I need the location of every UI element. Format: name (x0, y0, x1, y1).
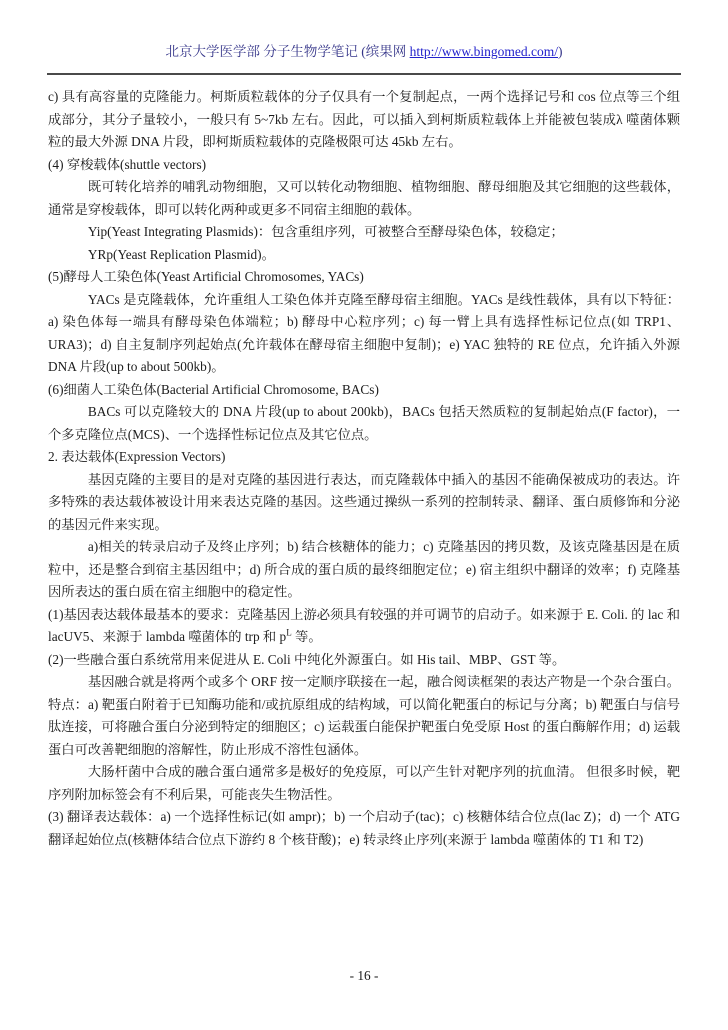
header-rule (47, 73, 681, 75)
paragraph-fusion-body: 基因融合就是将两个或多个 ORF 按一定顺序联接在一起，融合阅读框架的表达产物是… (48, 671, 680, 761)
section5-heading: (5)酵母人工染色体(Yeast Artificial Chromosomes,… (48, 266, 680, 289)
header-title-prefix: 北京大学医学部 分子生物学笔记 (缤果网 (166, 44, 410, 59)
section2-intro: 基因克隆的主要目的是对克隆的基因进行表达，而克隆载体中插入的基因不能确保被成功的… (48, 469, 680, 537)
paragraph-cosmid-capacity: c) 具有高容量的克隆能力。柯斯质粒载体的分子仅具有一个复制起点，一两个选择记号… (48, 86, 680, 154)
section4-body: 既可转化培养的哺乳动物细胞，又可以转化动物细胞、植物细胞、酵母细胞及其它细胞的这… (48, 176, 680, 221)
section5-body: YACs 是克隆载体，允许重组人工染色体并克隆至酵母宿主细胞。YACs 是线性载… (48, 289, 680, 379)
content-area: c) 具有高容量的克隆能力。柯斯质粒载体的分子仅具有一个复制起点，一两个选择记号… (48, 86, 680, 851)
section4-heading: (4) 穿梭载体(shuttle vectors) (48, 154, 680, 177)
header-link[interactable]: http://www.bingomed.com/ (410, 44, 558, 59)
section4-yip-line: Yip(Yeast Integrating Plasmids)：包含重组序列，可… (48, 221, 680, 244)
paragraph-fusion-heading: (2)一些融合蛋白系统常用来促进从 E. Coli 中纯化外源蛋白。如 His … (48, 649, 680, 672)
document-page: 北京大学医学部 分子生物学笔记 (缤果网 http://www.bingomed… (0, 0, 728, 1030)
section6-body: BACs 可以克隆较大的 DNA 片段(up to about 200kb)，B… (48, 401, 680, 446)
footer-page-number: - 16 - (0, 968, 728, 984)
page-header: 北京大学医学部 分子生物学笔记 (缤果网 http://www.bingomed… (0, 40, 728, 60)
section6-heading: (6)细菌人工染色体(Bacterial Artificial Chromoso… (48, 379, 680, 402)
section2-expression-heading: 2. 表达载体(Expression Vectors) (48, 446, 680, 469)
paragraph-translation-vector: (3) 翻译表达载体：a) 一个选择性标记(如 ampr)；b) 一个启动子(t… (48, 806, 680, 851)
paragraph-promoter-requirement: (1)基因表达载体最基本的要求：克隆基因上游必须具有较强的并可调节的启动子。如来… (48, 604, 680, 649)
promoter-text-after-sup: 等。 (292, 629, 322, 644)
paragraph-fusion-note: 大肠杆菌中合成的融合蛋白通常多是极好的免疫原，可以产生针对靶序列的抗血清。 但很… (48, 761, 680, 806)
promoter-text-before-sup: (1)基因表达载体最基本的要求：克隆基因上游必须具有较强的并可调节的启动子。如来… (48, 607, 680, 645)
section4-yrp-line: YRp(Yeast Replication Plasmid)。 (48, 244, 680, 267)
header-title-suffix: ) (558, 44, 563, 59)
section2-factors: a)相关的转录启动子及终止序列；b) 结合核糖体的能力；c) 克隆基因的拷贝数，… (48, 536, 680, 604)
